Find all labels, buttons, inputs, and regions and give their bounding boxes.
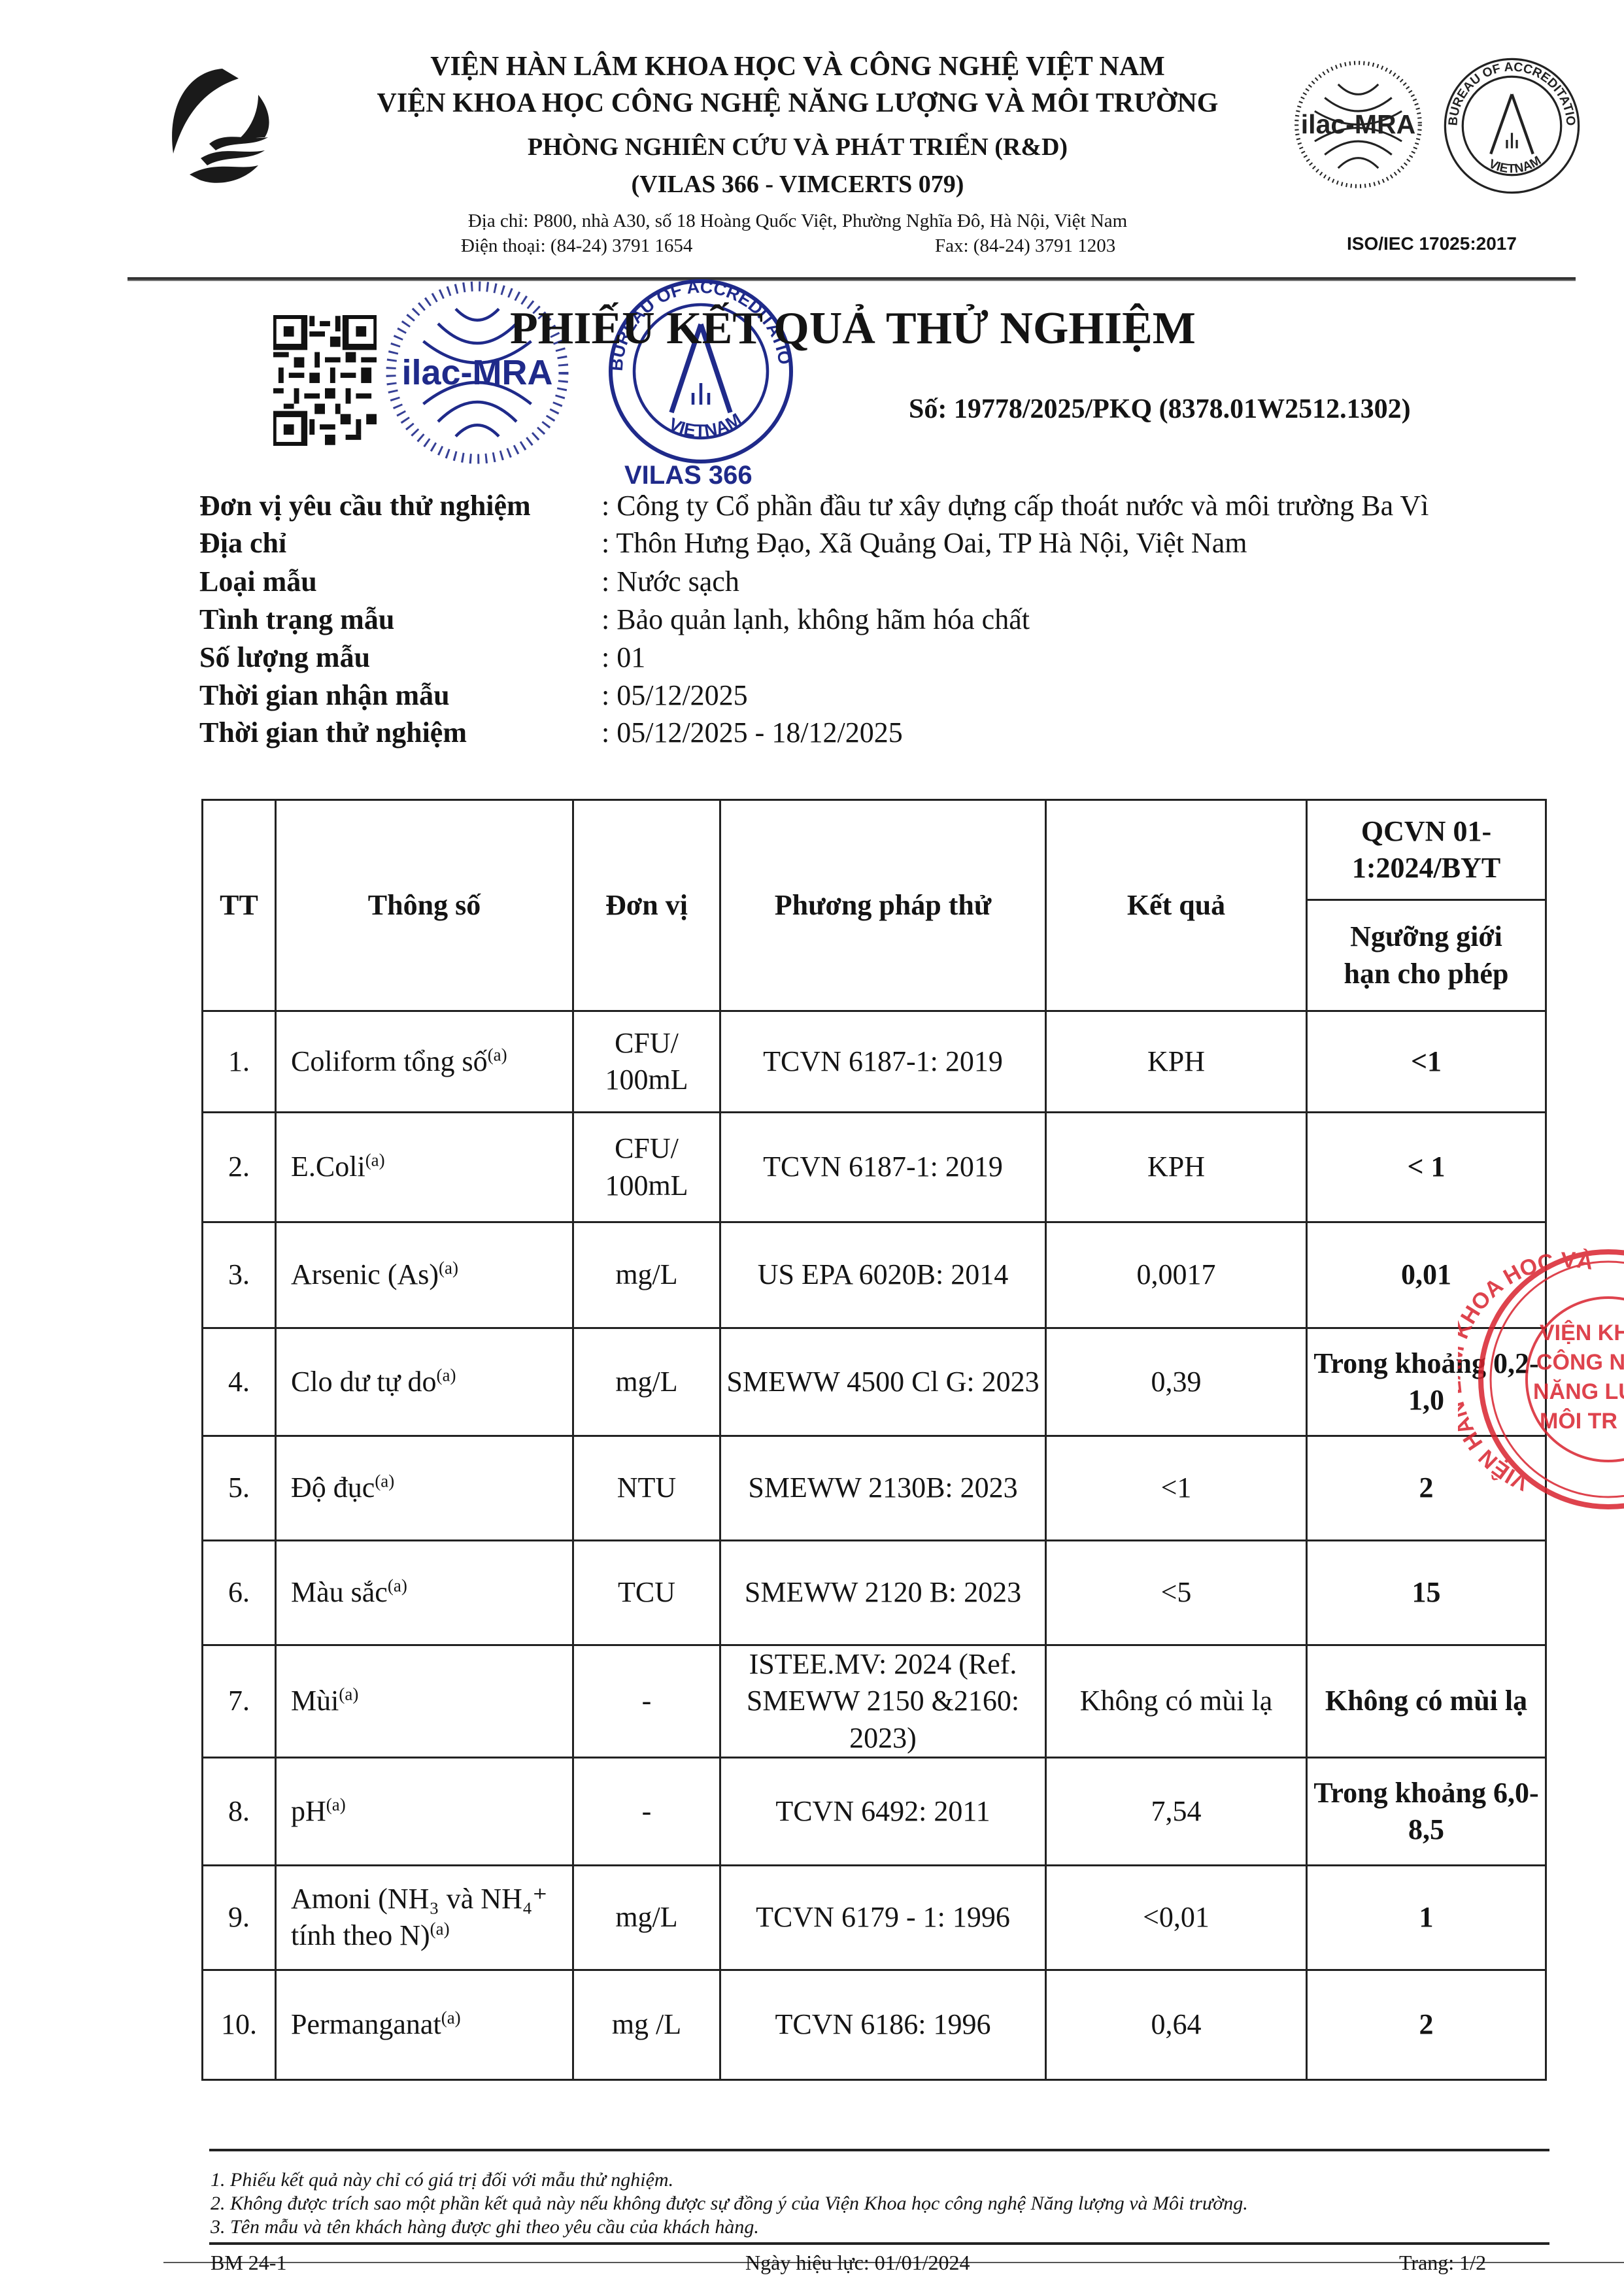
org-line-department: PHÒNG NGHIÊN CỨU VÀ PHÁT TRIỂN (R&D)	[262, 133, 1334, 161]
accreditation-note: (a)	[388, 1576, 407, 1596]
cell-method: TCVN 6187-1: 2019	[720, 1113, 1046, 1222]
accreditation-note: (a)	[439, 1258, 458, 1278]
info-label: Số lượng mẫu	[199, 641, 370, 674]
cell-parameter: Permanganat(a)	[276, 1970, 573, 2079]
table-row: 10. Permanganat(a) mg /L TCVN 6186: 1996…	[203, 1970, 1546, 2079]
org-fax: Fax: (84-24) 3791 1203	[935, 235, 1115, 257]
qr-code-icon[interactable]	[273, 315, 377, 446]
cell-limit: <1	[1307, 1011, 1546, 1113]
page-number: Trang: 1/2	[1399, 2251, 1486, 2275]
footer-divider-top	[209, 2149, 1549, 2151]
cell-method: TCVN 6186: 1996	[720, 1970, 1046, 2079]
parameter-name: Arsenic (As)	[291, 1258, 439, 1290]
cell-limit: Trong khoảng 6,0-8,5	[1307, 1757, 1546, 1865]
effective-date: Ngày hiệu lực: 01/01/2024	[745, 2251, 970, 2275]
cell-tt: 2.	[203, 1113, 276, 1222]
cell-tt: 6.	[203, 1541, 276, 1645]
info-label: Địa chỉ	[199, 526, 286, 560]
vilas-stamp-label: VILAS 366	[624, 461, 753, 490]
header-method: Phương pháp thử	[720, 800, 1046, 1011]
svg-text:CÔNG N: CÔNG N	[1536, 1349, 1624, 1375]
parameter-name: Permanganat	[291, 2008, 441, 2040]
cell-method: TCVN 6187-1: 2019	[720, 1011, 1046, 1113]
table-row: 6. Màu sắc(a) TCU SMEWW 2120 B: 2023 <5 …	[203, 1541, 1546, 1645]
cell-limit: 1	[1307, 1865, 1546, 1970]
accreditation-note: (a)	[488, 1045, 507, 1064]
table-row: 8. pH(a) - TCVN 6492: 2011 7,54 Trong kh…	[203, 1757, 1546, 1865]
cell-result: <0,01	[1046, 1865, 1307, 1970]
cell-parameter: Clo dư tự do(a)	[276, 1328, 573, 1436]
parameter-name: E.Coli	[291, 1151, 365, 1183]
header-standard: QCVN 01-1:2024/BYT	[1307, 800, 1546, 900]
header-limit: Ngưỡng giới hạn cho phép	[1307, 900, 1546, 1011]
table-row: 5. Độ đục(a) NTU SMEWW 2130B: 2023 <1 2	[203, 1436, 1546, 1541]
svg-text:BUREAU OF ACCREDITATION: BUREAU OF ACCREDITATION	[1442, 56, 1578, 126]
svg-text:VIỆN KHOA: VIỆN KHOA	[1540, 1321, 1624, 1345]
cell-parameter: Coliform tổng số(a)	[276, 1011, 573, 1113]
cell-result: <5	[1046, 1541, 1307, 1645]
parameter-name: Amoni (NH₃ và NH₄⁺ tính theo N)	[291, 1883, 547, 1951]
info-value: : Bảo quản lạnh, không hãm hóa chất	[601, 603, 1030, 636]
parameter-name: Coliform tổng số	[291, 1045, 488, 1077]
accreditation-note: (a)	[441, 2008, 461, 2028]
org-address: Địa chỉ: P800, nhà A30, số 18 Hoàng Quốc…	[262, 210, 1334, 232]
accreditation-note: (a)	[430, 1919, 450, 1939]
parameter-name: pH	[291, 1795, 326, 1827]
svg-text:VIETNAM: VIETNAM	[666, 409, 745, 441]
cell-result: KPH	[1046, 1011, 1307, 1113]
footer-note-2: 2. Không được trích sao một phần kết quả…	[211, 2193, 1248, 2215]
accreditation-note: (a)	[437, 1365, 456, 1385]
cell-limit: Không có mùi lạ	[1307, 1645, 1546, 1758]
table-row: 3. Arsenic (As)(a) mg/L US EPA 6020B: 20…	[203, 1222, 1546, 1328]
org-phone: Điện thoại: (84-24) 3791 1654	[461, 235, 692, 257]
ilac-mra-logo-icon: ilac-MRA	[1291, 58, 1425, 192]
report-number: Số: 19778/2025/PKQ (8378.01W2512.1302)	[909, 394, 1411, 425]
cell-unit: CFU/ 100mL	[573, 1113, 720, 1222]
cell-unit: CFU/ 100mL	[573, 1011, 720, 1113]
svg-text:ilac-MRA: ilac-MRA	[401, 353, 552, 392]
footer-divider-bottom	[209, 2242, 1549, 2245]
header-divider	[127, 277, 1576, 281]
bureau-of-accreditation-logo-icon: BUREAU OF ACCREDITATION VIETNAM	[1442, 56, 1582, 196]
cell-tt: 8.	[203, 1757, 276, 1865]
cell-unit: -	[573, 1645, 720, 1758]
cell-limit: 2	[1307, 1970, 1546, 2079]
cell-result: KPH	[1046, 1113, 1307, 1222]
cell-limit: 15	[1307, 1541, 1546, 1645]
accreditation-note: (a)	[375, 1472, 394, 1491]
cell-method: US EPA 6020B: 2014	[720, 1222, 1046, 1328]
accreditation-note: (a)	[365, 1151, 385, 1170]
cell-tt: 1.	[203, 1011, 276, 1113]
info-label: Thời gian nhận mẫu	[199, 679, 450, 712]
cell-unit: -	[573, 1757, 720, 1865]
cell-result: <1	[1046, 1436, 1307, 1541]
info-label: Đơn vị yêu cầu thử nghiệm	[199, 489, 531, 522]
info-value: : Công ty Cổ phần đầu tư xây dựng cấp th…	[601, 489, 1429, 522]
cell-parameter: Amoni (NH₃ và NH₄⁺ tính theo N)(a)	[276, 1865, 573, 1970]
info-label: Loại mẫu	[199, 565, 317, 598]
info-value: : Thôn Hưng Đạo, Xã Quảng Oai, TP Hà Nội…	[601, 526, 1247, 560]
table-row: 2. E.Coli(a) CFU/ 100mL TCVN 6187-1: 201…	[203, 1113, 1546, 1222]
document-title: PHIẾU KẾT QUẢ THỬ NGHIỆM	[510, 303, 1196, 355]
cell-tt: 5.	[203, 1436, 276, 1541]
svg-text:VIETNAM: VIETNAM	[1487, 153, 1544, 176]
header-result: Kết quả	[1046, 800, 1307, 1011]
org-line-vilas: (VILAS 366 - VIMCERTS 079)	[262, 170, 1334, 199]
cell-result: 7,54	[1046, 1757, 1307, 1865]
cell-parameter: Màu sắc(a)	[276, 1541, 573, 1645]
info-value: : Nước sạch	[601, 565, 739, 598]
iso-standard: ISO/IEC 17025:2017	[1347, 233, 1517, 254]
cell-unit: mg/L	[573, 1328, 720, 1436]
table-row: 9. Amoni (NH₃ và NH₄⁺ tính theo N)(a) mg…	[203, 1865, 1546, 1970]
header-unit: Đơn vị	[573, 800, 720, 1011]
table-row: 1. Coliform tổng số(a) CFU/ 100mL TCVN 6…	[203, 1011, 1546, 1113]
org-line-academy: VIỆN HÀN LÂM KHOA HỌC VÀ CÔNG NGHỆ VIỆT …	[262, 51, 1334, 82]
table-row: 7. Mùi(a) - ISTEE.MV: 2024 (Ref. SMEWW 2…	[203, 1645, 1546, 1758]
cell-unit: TCU	[573, 1541, 720, 1645]
cell-unit: mg/L	[573, 1865, 720, 1970]
parameter-name: Clo dư tự do	[291, 1366, 437, 1398]
cell-method: TCVN 6179 - 1: 1996	[720, 1865, 1046, 1970]
accreditation-note: (a)	[326, 1794, 346, 1814]
form-code: BM 24-1	[211, 2251, 286, 2275]
cell-unit: mg /L	[573, 1970, 720, 2079]
cell-unit: mg/L	[573, 1222, 720, 1328]
official-red-seal-icon: VIỆN HÀN LÂM KHOA HỌC VÀ VIỆN KHOA CÔNG …	[1458, 1242, 1624, 1517]
parameter-name: Mùi	[291, 1685, 339, 1717]
info-value: : 01	[601, 641, 645, 674]
results-body: 1. Coliform tổng số(a) CFU/ 100mL TCVN 6…	[203, 1011, 1546, 2080]
cell-result: 0,64	[1046, 1970, 1307, 2079]
svg-text:NĂNG LƯ: NĂNG LƯ	[1533, 1379, 1624, 1404]
svg-text:ilac-MRA: ilac-MRA	[1301, 109, 1415, 139]
cell-result: 0,0017	[1046, 1222, 1307, 1328]
header-tt: TT	[203, 800, 276, 1011]
footer-note-1: 1. Phiếu kết quả này chỉ có giá trị đối …	[211, 2169, 673, 2191]
cell-method: SMEWW 4500 Cl G: 2023	[720, 1328, 1046, 1436]
footer-note-3: 3. Tên mẫu và tên khách hàng được ghi th…	[211, 2216, 759, 2238]
cell-method: TCVN 6492: 2011	[720, 1757, 1046, 1865]
svg-text:MÔI TR: MÔI TR	[1540, 1408, 1617, 1434]
cell-tt: 10.	[203, 1970, 276, 2079]
org-line-institute: VIỆN KHOA HỌC CÔNG NGHỆ NĂNG LƯỢNG VÀ MÔ…	[262, 88, 1334, 119]
cell-limit: < 1	[1307, 1113, 1546, 1222]
cell-tt: 4.	[203, 1328, 276, 1436]
cell-tt: 9.	[203, 1865, 276, 1970]
info-value: : 05/12/2025 - 18/12/2025	[601, 716, 903, 749]
cell-method: SMEWW 2130B: 2023	[720, 1436, 1046, 1541]
table-row: 4. Clo dư tự do(a) mg/L SMEWW 4500 Cl G:…	[203, 1328, 1546, 1436]
cell-method: ISTEE.MV: 2024 (Ref. SMEWW 2150 &2160: 2…	[720, 1645, 1046, 1758]
cell-tt: 7.	[203, 1645, 276, 1758]
cell-parameter: Arsenic (As)(a)	[276, 1222, 573, 1328]
parameter-name: Màu sắc	[291, 1576, 388, 1608]
cell-tt: 3.	[203, 1222, 276, 1328]
cell-method: SMEWW 2120 B: 2023	[720, 1541, 1046, 1645]
parameter-name: Độ đục	[291, 1472, 375, 1504]
cell-parameter: E.Coli(a)	[276, 1113, 573, 1222]
cell-parameter: Mùi(a)	[276, 1645, 573, 1758]
info-value: : 05/12/2025	[601, 679, 748, 712]
header-parameter: Thông số	[276, 800, 573, 1011]
cell-unit: NTU	[573, 1436, 720, 1541]
results-table: TT Thông số Đơn vị Phương pháp thử Kết q…	[201, 799, 1547, 2081]
info-label: Tình trạng mẫu	[199, 603, 394, 636]
cell-result: Không có mùi lạ	[1046, 1645, 1307, 1758]
info-label: Thời gian thử nghiệm	[199, 716, 467, 749]
cell-result: 0,39	[1046, 1328, 1307, 1436]
cell-parameter: pH(a)	[276, 1757, 573, 1865]
cell-parameter: Độ đục(a)	[276, 1436, 573, 1541]
accreditation-note: (a)	[339, 1685, 358, 1704]
